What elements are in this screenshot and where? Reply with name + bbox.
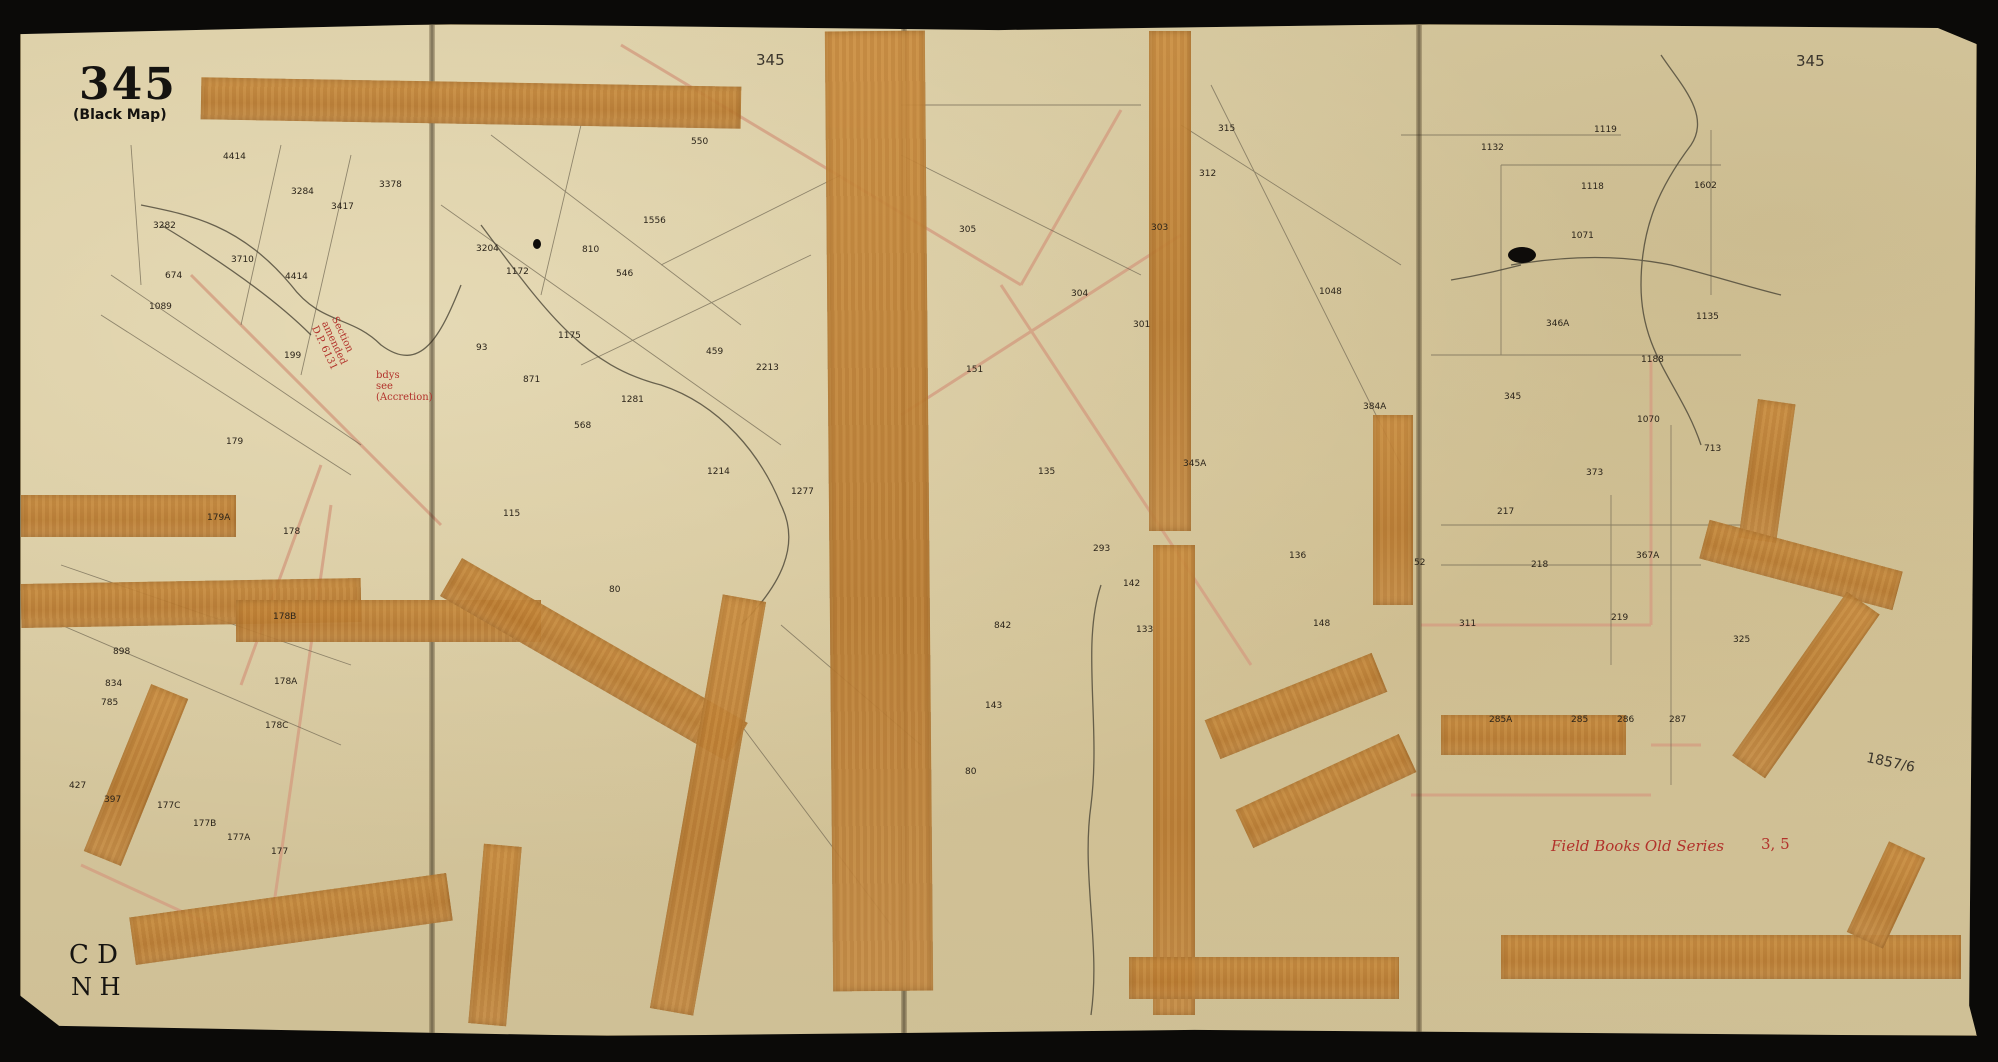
portion-label: 1602 [1694, 181, 1717, 191]
portion-label: 345A [1183, 459, 1206, 469]
portion-label: 148 [1313, 619, 1330, 629]
portion-label: 834 [105, 679, 122, 689]
portion-label: 135 [1038, 467, 1055, 477]
portion-label: 1188 [1641, 355, 1664, 365]
portion-label: 293 [1093, 544, 1110, 554]
survey-map-sheet: 345 (Black Map) C D N H 345 345 1857/6 F… [20, 24, 1977, 1036]
portion-label: 427 [69, 781, 86, 791]
portion-label: 304 [1071, 289, 1088, 299]
portion-label: 810 [582, 245, 599, 255]
portion-label: 287 [1669, 715, 1686, 725]
portion-label: 568 [574, 421, 591, 431]
portion-label: 177C [157, 801, 180, 811]
portion-label: 325 [1733, 635, 1750, 645]
portion-label: 217 [1497, 507, 1514, 517]
portion-label: 305 [959, 225, 976, 235]
repair-tape [21, 495, 236, 537]
repair-tape [1373, 415, 1413, 605]
portion-label: 301 [1133, 320, 1150, 330]
portion-label: 3284 [291, 187, 314, 197]
portion-label: 303 [1151, 223, 1168, 233]
sheet-number: 345 [79, 59, 177, 110]
portion-label: 151 [966, 365, 983, 375]
red-note-line: (Accretion) [376, 392, 433, 403]
portion-label: 1172 [506, 267, 529, 277]
portion-label: 312 [1199, 169, 1216, 179]
corner-stamp-top: C D [69, 940, 118, 970]
survey-linework [21, 25, 1976, 1035]
repair-tape [1441, 715, 1626, 755]
portion-label: 785 [101, 698, 118, 708]
portion-label: 177A [227, 833, 250, 843]
portion-label: 219 [1611, 613, 1628, 623]
portion-label: 1048 [1319, 287, 1342, 297]
portion-label: 1071 [1571, 231, 1594, 241]
portion-label: 93 [476, 343, 487, 353]
portion-label: 285 [1571, 715, 1588, 725]
portion-label: 218 [1531, 560, 1548, 570]
repair-tape [1153, 545, 1195, 1015]
portion-label: 136 [1289, 551, 1306, 561]
field-books-note: Field Books Old Series [1551, 837, 1724, 855]
portion-label: 345 [1504, 392, 1521, 402]
portion-label: 1118 [1581, 182, 1604, 192]
field-books-refs: 3, 5 [1761, 835, 1790, 853]
portion-label: 1277 [791, 487, 814, 497]
portion-label: 142 [1123, 579, 1140, 589]
corner-stamp-bottom: N H [71, 973, 121, 1001]
red-note-line: bdys [376, 370, 433, 381]
portion-label: 3417 [331, 202, 354, 212]
portion-label: 842 [994, 621, 1011, 631]
portion-label: 1281 [621, 395, 644, 405]
portion-label: 52 [1414, 558, 1425, 568]
portion-label: 199 [284, 351, 301, 361]
portion-label: 3378 [379, 180, 402, 190]
portion-label: 1089 [149, 302, 172, 312]
repair-tape [1129, 957, 1399, 999]
ink-blot [1508, 247, 1536, 263]
portion-label: 143 [985, 701, 1002, 711]
portion-label: 177 [271, 847, 288, 857]
boundaries-note: bdys see (Accretion) [376, 370, 433, 403]
pencil-sheet-ref: 345 [756, 51, 785, 69]
repair-tape [825, 31, 933, 992]
portion-label: 550 [691, 137, 708, 147]
portion-label: 713 [1704, 444, 1721, 454]
pencil-sheet-ref: 345 [1796, 52, 1825, 70]
fold-line [1416, 25, 1422, 1035]
portion-label: 178B [273, 612, 296, 622]
portion-label: 871 [523, 375, 540, 385]
sheet-subtitle: (Black Map) [73, 107, 167, 123]
repair-tape [1149, 31, 1191, 531]
ink-blot [533, 239, 541, 249]
portion-label: 3282 [153, 221, 176, 231]
portion-label: 178A [274, 677, 297, 687]
portion-label: 1556 [643, 216, 666, 226]
portion-label: 1132 [1481, 143, 1504, 153]
portion-label: 674 [165, 271, 182, 281]
portion-label: 546 [616, 269, 633, 279]
portion-label: 315 [1218, 124, 1235, 134]
portion-label: 285A [1489, 715, 1512, 725]
map-canvas: 345 (Black Map) C D N H 345 345 1857/6 F… [21, 25, 1976, 1035]
portion-label: 1175 [558, 331, 581, 341]
portion-label: 4414 [285, 272, 308, 282]
portion-label: 3204 [476, 244, 499, 254]
portion-label: 2213 [756, 363, 779, 373]
portion-label: 1119 [1594, 125, 1617, 135]
portion-label: 1135 [1696, 312, 1719, 322]
portion-label: 384A [1363, 402, 1386, 412]
portion-label: 177B [193, 819, 216, 829]
portion-label: 373 [1586, 468, 1603, 478]
portion-label: 898 [113, 647, 130, 657]
portion-label: 286 [1617, 715, 1634, 725]
portion-label: 367A [1636, 551, 1659, 561]
portion-label: 1070 [1637, 415, 1660, 425]
portion-label: 459 [706, 347, 723, 357]
portion-label: 115 [503, 509, 520, 519]
portion-label: 178C [265, 721, 288, 731]
portion-label: 179 [226, 437, 243, 447]
portion-label: 346A [1546, 319, 1569, 329]
red-note-line: see [376, 381, 433, 392]
portion-label: 311 [1459, 619, 1476, 629]
repair-tape [1501, 935, 1961, 979]
portion-label: 1214 [707, 467, 730, 477]
portion-label: 179A [207, 513, 230, 523]
portion-label: 80 [609, 585, 620, 595]
portion-label: 3710 [231, 255, 254, 265]
portion-label: 133 [1136, 625, 1153, 635]
portion-label: 397 [104, 795, 121, 805]
portion-label: 4414 [223, 152, 246, 162]
portion-label: 178 [283, 527, 300, 537]
portion-label: 80 [965, 767, 976, 777]
